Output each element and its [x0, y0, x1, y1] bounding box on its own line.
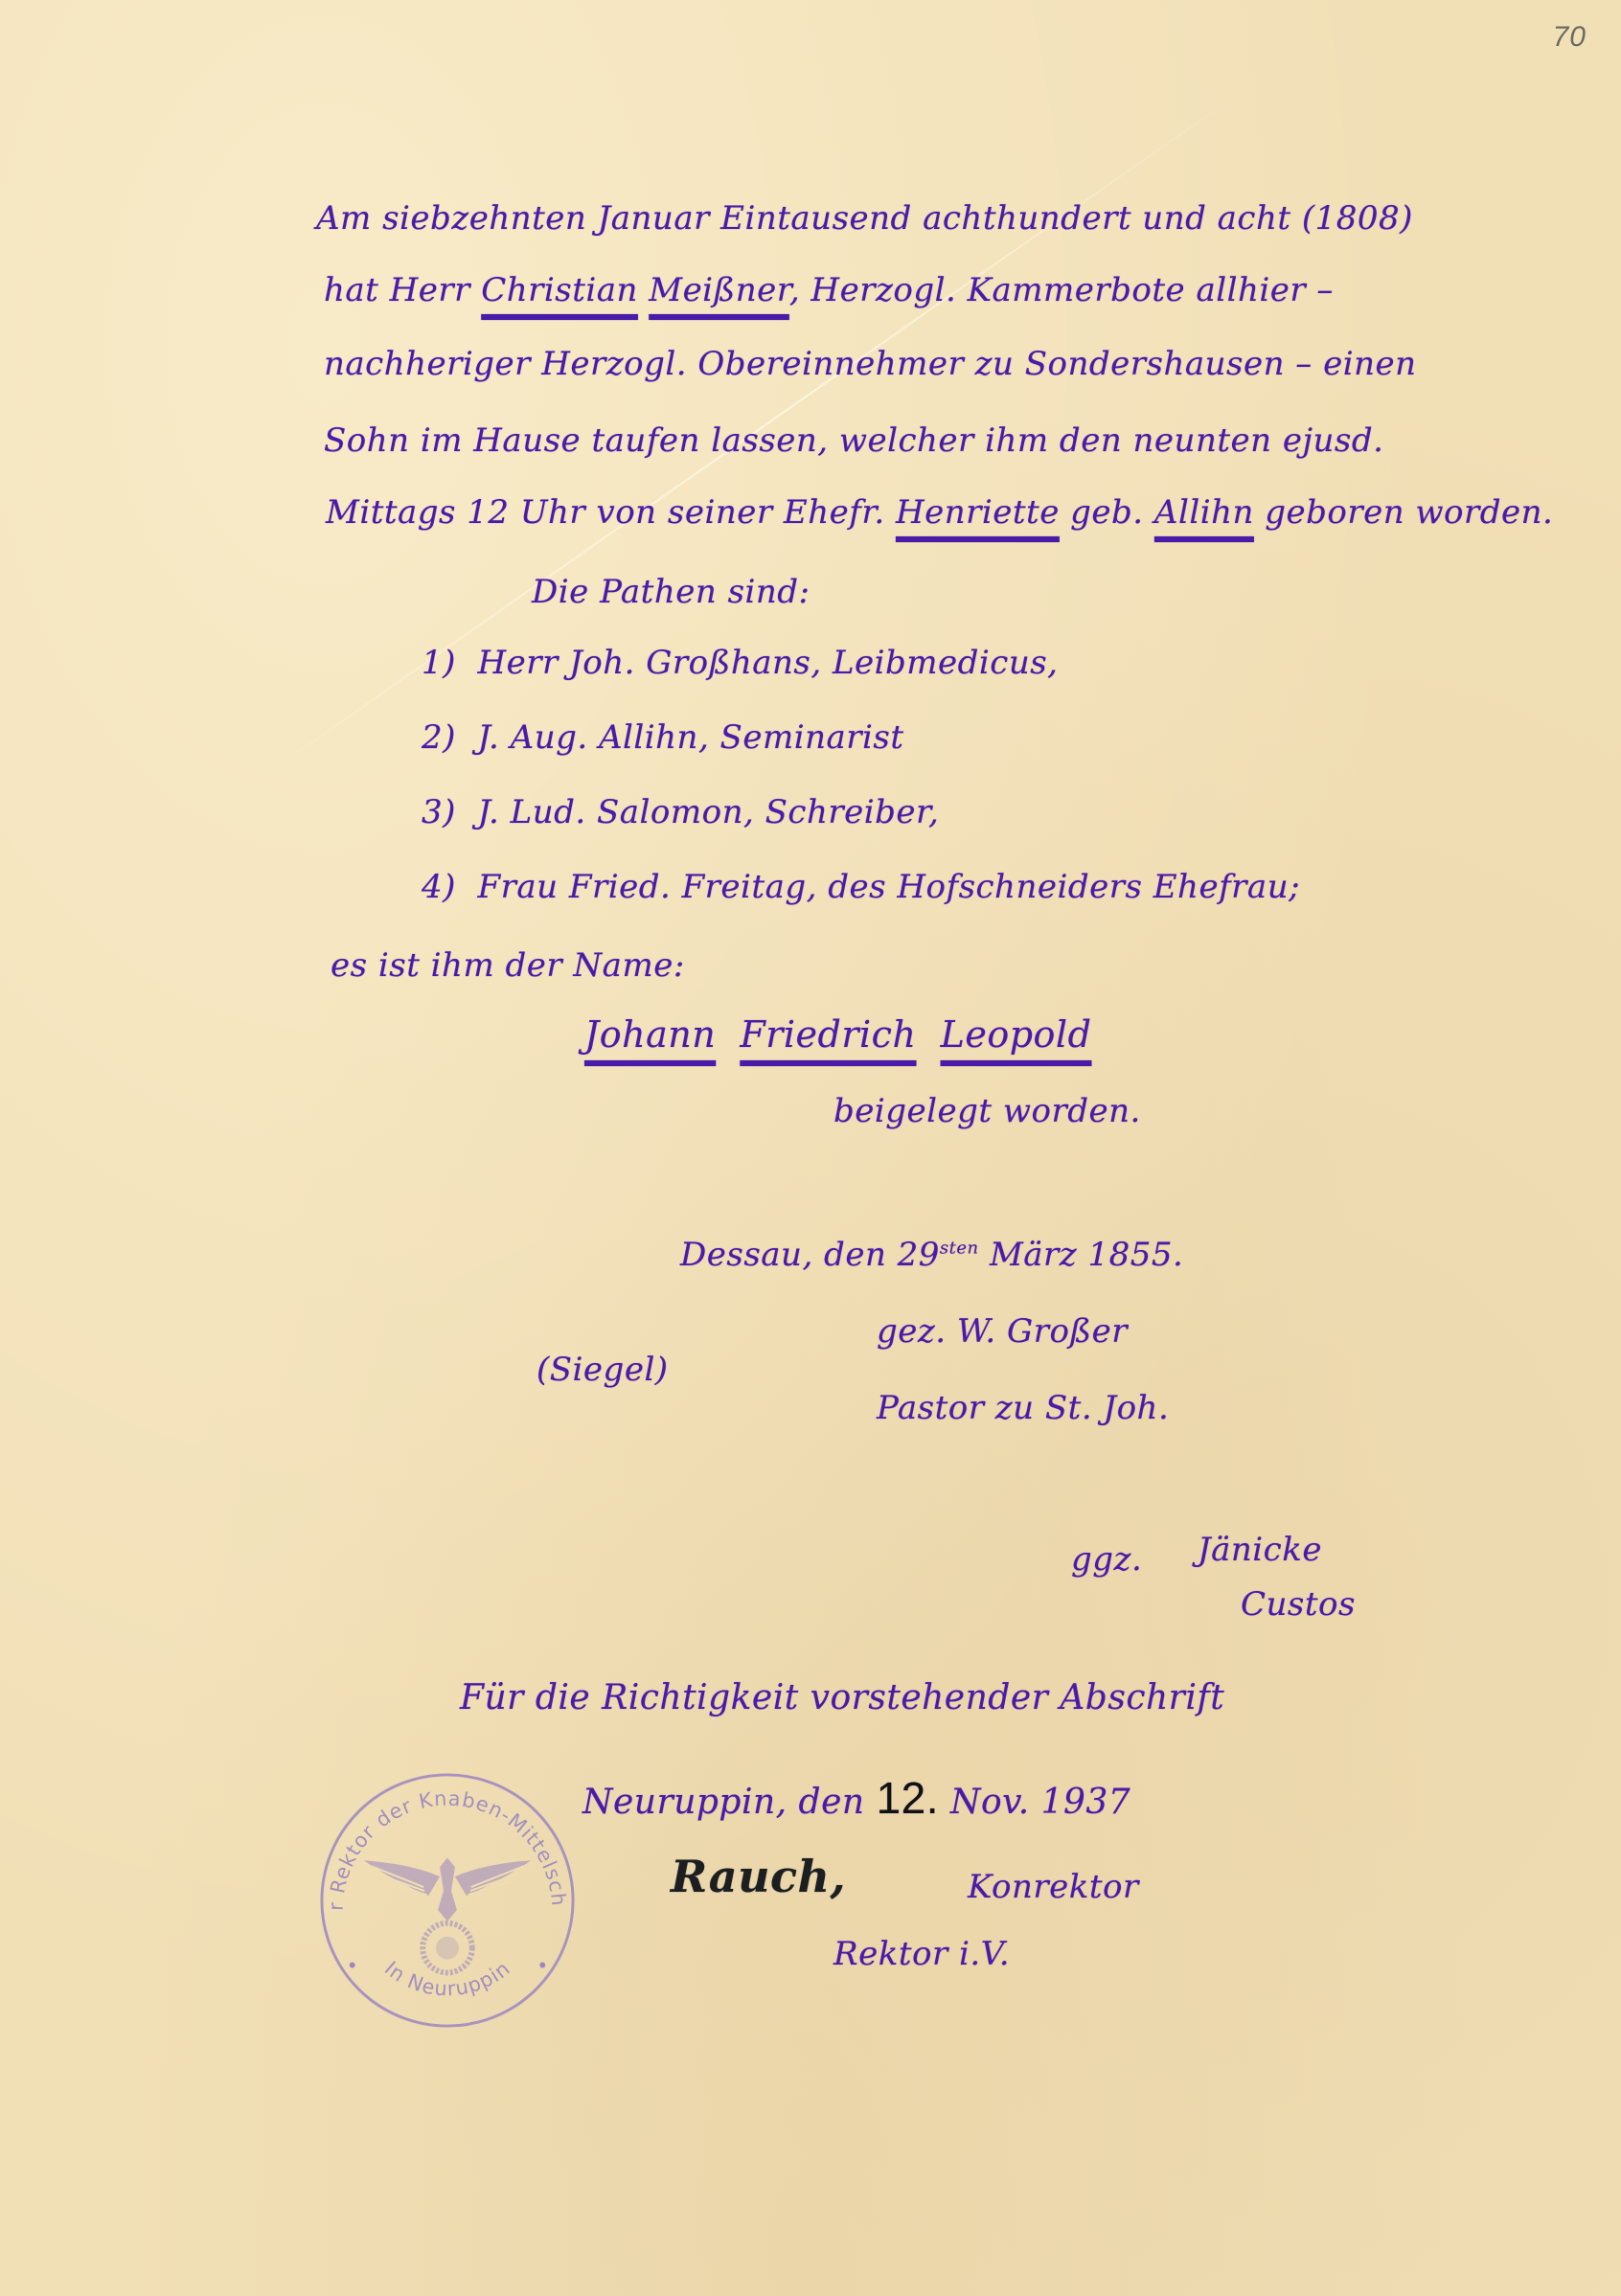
father-first-name: Christian [481, 271, 638, 309]
name-outro: beigelegt worden. [833, 1092, 1141, 1130]
certification-signer-role: Rektor i.V. [833, 1935, 1010, 1973]
second-signer-title: Custos [1241, 1585, 1356, 1624]
attestation-signer-title: Pastor zu St. Joh. [877, 1389, 1169, 1427]
seal-graphic: Der Rektor der Knaben-Mittelschule In Ne… [314, 1767, 581, 2034]
eagle-emblem-icon [364, 1857, 532, 1972]
certification-place-date: Neuruppin, den 12. Nov. 1937 [582, 1772, 1130, 1824]
certification-day: 12. [877, 1773, 939, 1823]
godparents-heading: Die Pathen sind: [532, 573, 810, 611]
child-name: Johann Friedrich Leopold [584, 1013, 1091, 1056]
child-middle-name: Friedrich [740, 1013, 916, 1056]
mother-maiden-name: Allihn [1154, 493, 1254, 532]
record-line-2: hat Herr Christian Meißner, Herzogl. Kam… [324, 271, 1334, 309]
child-last-name: Leopold [941, 1013, 1092, 1056]
seal-note: (Siegel) [537, 1351, 669, 1389]
father-last-name: Meißner [649, 271, 789, 309]
seal-top-text: Der Rektor der Knaben-Mittelschule [314, 1767, 570, 1911]
attestation-signed: gez. W. Großer [877, 1312, 1128, 1351]
certification-signature: Rauch, [671, 1851, 846, 1902]
godparent-item: 3) J. Lud. Salomon, Schreiber, [422, 793, 939, 831]
certification-signer-title: Konrektor [968, 1868, 1139, 1906]
godparent-item: 2) J. Aug. Allihn, Seminarist [422, 718, 904, 757]
record-line-1: Am siebzehnten Januar Eintausend achthun… [316, 199, 1413, 238]
record-line-4: Sohn im Hause taufen lassen, welcher ihm… [324, 421, 1383, 460]
page-number: 70 [1553, 21, 1587, 54]
child-first-name: Johann [584, 1013, 716, 1056]
godparent-item: 1) Herr Joh. Großhans, Leibmedicus, [422, 644, 1058, 682]
second-signed-name: Jänicke [1198, 1531, 1322, 1569]
second-signed-prefix: ggz. [1071, 1540, 1142, 1579]
attestation-place-date: Dessau, den 29sten März 1855. [680, 1236, 1183, 1274]
seal-bottom-text: In Neuruppin [380, 1957, 515, 2001]
mother-first-name: Henriette [896, 493, 1060, 532]
record-line-3: nachheriger Herzogl. Obereinnehmer zu So… [324, 345, 1417, 383]
record-line-5: Mittags 12 Uhr von seiner Ehefr. Henriet… [326, 493, 1553, 532]
certification-line: Für die Richtigkeit vorstehender Abschri… [460, 1678, 1224, 1717]
godparent-item: 4) Frau Fried. Freitag, des Hofschneider… [422, 868, 1300, 906]
svg-text:Der Rektor der Knaben-Mittelsc: Der Rektor der Knaben-Mittelschule [314, 1767, 570, 1911]
name-intro: es ist ihm der Name: [331, 946, 685, 985]
svg-text:In Neuruppin: In Neuruppin [380, 1957, 515, 2001]
official-seal: Der Rektor der Knaben-Mittelschule In Ne… [314, 1767, 581, 2034]
